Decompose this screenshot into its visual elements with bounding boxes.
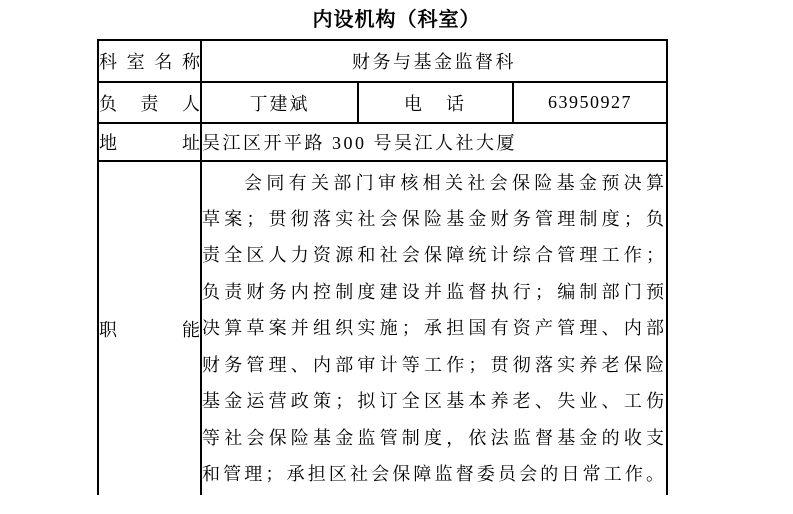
table-row: 负责人 丁建斌 电 话 63950927 xyxy=(98,82,667,123)
phone-value-cell: 63950927 xyxy=(513,82,667,123)
phone-label-cell: 电 话 xyxy=(358,82,513,123)
functions-line: 基金运营政策；拟订全区基本养老、失业、工伤 xyxy=(202,383,666,419)
functions-line: 负责财务内控制度建设并监督执行；编制部门预 xyxy=(202,274,666,310)
functions-line: 财务管理、内部审计等工作；贯彻落实养老保险 xyxy=(202,347,666,383)
address-label-cell: 地址 xyxy=(98,123,201,161)
functions-line: 责全区人力资源和社会保障统计综合管理工作； xyxy=(202,237,666,273)
manager-label-cell: 负责人 xyxy=(98,82,201,123)
functions-line: 草案；贯彻落实社会保险基金财务管理制度；负 xyxy=(202,201,666,237)
table-row: 地址 吴江区开平路 300 号吴江人社大厦 xyxy=(98,123,667,161)
functions-line: 等社会保险基金监管制度，依法监督基金的收支 xyxy=(202,420,666,456)
dept-name-label-cell: 科室名称 xyxy=(98,40,201,82)
functions-line: 会同有关部门审核相关社会保险基金预决算 xyxy=(202,165,666,201)
table-row: 职能 会同有关部门审核相关社会保险基金预决算草案；贯彻落实社会保险基金财务管理制… xyxy=(98,161,667,495)
table-row: 科室名称 财务与基金监督科 xyxy=(98,40,667,82)
org-info-table: 科室名称 财务与基金监督科 负责人 丁建斌 电 话 63950927 地址 吴江… xyxy=(97,39,668,495)
functions-line: 和管理；承担区社会保障监督委员会的日常工作。 xyxy=(202,456,666,492)
address-value-cell: 吴江区开平路 300 号吴江人社大厦 xyxy=(201,123,667,161)
manager-value-cell: 丁建斌 xyxy=(201,82,358,123)
document-page: 内设机构（科室） 科室名称 财务与基金监督科 负责人 丁建斌 电 话 63950… xyxy=(0,0,793,514)
functions-text-cell: 会同有关部门审核相关社会保险基金预决算草案；贯彻落实社会保险基金财务管理制度；负… xyxy=(201,161,667,495)
page-title: 内设机构（科室） xyxy=(0,6,793,34)
dept-name-value-cell: 财务与基金监督科 xyxy=(201,40,667,82)
functions-label-cell: 职能 xyxy=(98,161,201,495)
functions-line: 决算草案并组织实施；承担国有资产管理、内部 xyxy=(202,310,666,346)
